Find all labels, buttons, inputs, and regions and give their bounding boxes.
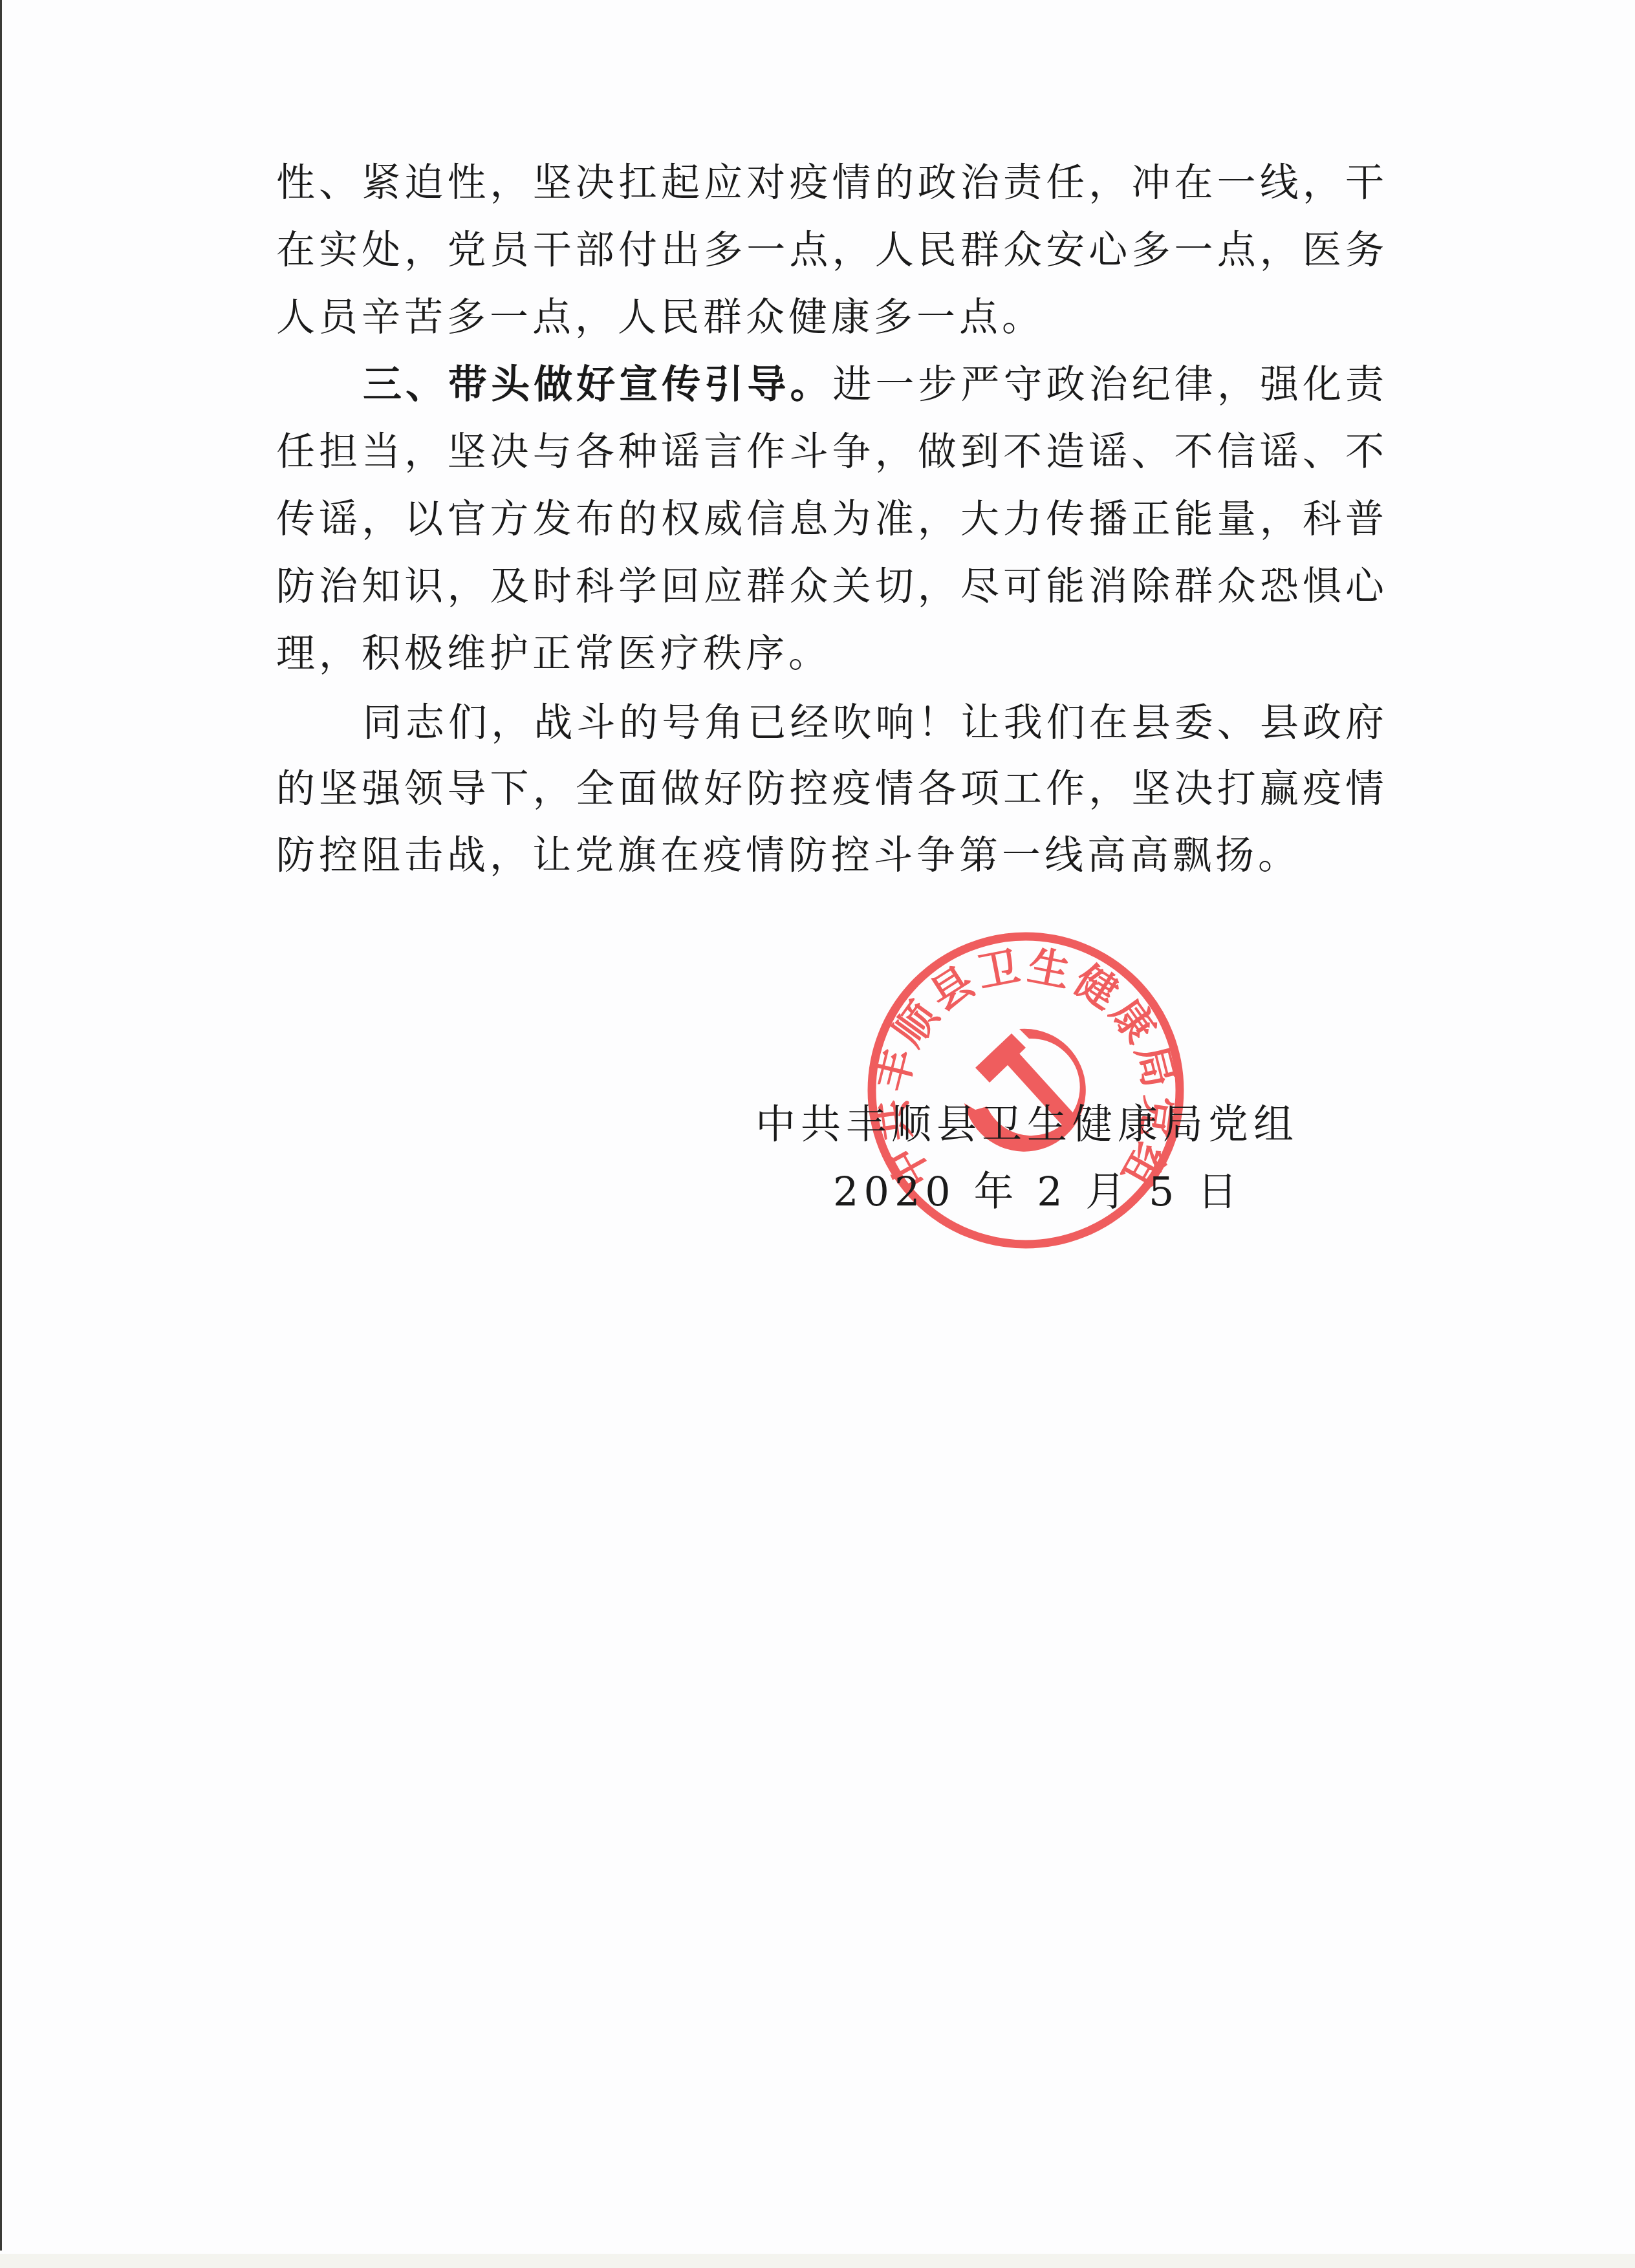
body-line: 理，积极维护正常医疗秩序。 (276, 628, 1384, 680)
body-line: 的坚强领导下，全面做好防控疫情各项工作，坚决打赢疫情 (276, 763, 1384, 815)
section-heading-line: 三、带头做好宣传引导。进一步严守政治纪律，强化责 (276, 359, 1384, 411)
body-line: 在实处，党员干部付出多一点，人民群众安心多一点，医务 (276, 224, 1384, 276)
scan-edge-bottom (0, 2254, 1635, 2268)
body-line: 任担当，坚决与各种谣言作斗争，做到不造谣、不信谣、不 (276, 426, 1384, 478)
scan-edge-left (0, 0, 2, 2251)
body-line: 传谣，以官方发布的权威信息为准，大力传播正能量，科普 (276, 493, 1384, 545)
body-line: 防治知识，及时科学回应群众关切，尽可能消除群众恐惧心 (276, 561, 1384, 612)
body-line: 同志们，战斗的号角已经吹响！让我们在县委、县政府 (276, 697, 1384, 749)
body-line: 防控阻击战，让党旗在疫情防控斗争第一线高高飘扬。 (276, 830, 1384, 881)
signature-organization: 中共丰顺县卫生健康局党组 (755, 1102, 1299, 1147)
section-heading: 三、带头做好宣传引导。 (363, 362, 832, 407)
body-line: 人员辛苦多一点，人民群众健康多一点。 (276, 292, 1384, 343)
body-line: 性、紧迫性，坚决扛起应对疫情的政治责任，冲在一线，干 (276, 157, 1384, 209)
signature-date: 2020 年 2 月 5 日 (833, 1169, 1242, 1215)
body-text-span: 进一步严守政治纪律，强化责 (832, 362, 1384, 407)
